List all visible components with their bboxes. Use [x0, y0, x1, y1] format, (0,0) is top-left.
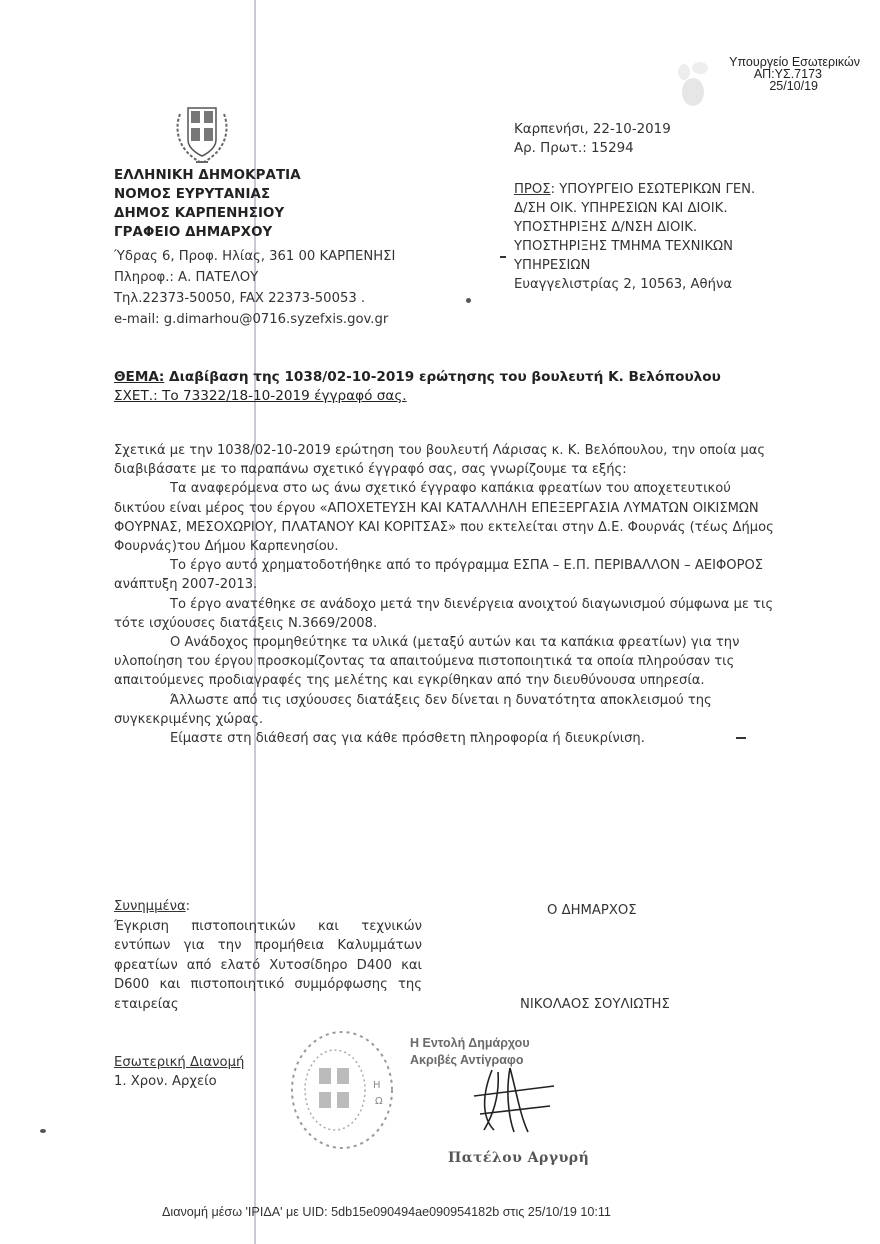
subject-text: Διαβίβαση της 1038/02-10-2019 ερώτησης τ… — [164, 369, 720, 385]
official-seal-icon: Η Ω — [287, 1028, 397, 1152]
subject-label: ΘΕΜΑ: — [114, 369, 164, 385]
copy-stamp-line: Η Εντολή Δημάρχου — [410, 1035, 530, 1052]
address-line: Ύδρας 6, Προφ. Ηλίας, 361 00 ΚΑΡΠΕΝΗΣΙ — [114, 246, 395, 267]
svg-text:Ω: Ω — [375, 1096, 383, 1107]
subject-block: ΘΕΜΑ: Διαβίβαση της 1038/02-10-2019 ερώτ… — [114, 368, 721, 406]
scan-mark — [736, 737, 746, 739]
contact-block: Ύδρας 6, Προφ. Ηλίας, 361 00 ΚΑΡΠΕΝΗΣΙ Π… — [114, 246, 395, 330]
issuer-line: ΓΡΑΦΕΙΟ ΔΗΜΑΡΧΟΥ — [114, 223, 301, 242]
received-stamp: Υπουργείο Εσωτερικών ΑΠ:ΥΣ.7173 25/10/19 — [660, 56, 860, 92]
issuer-line: ΔΗΜΟΣ ΚΑΡΠΕΝΗΣΙΟΥ — [114, 204, 301, 223]
protocol-number: Αρ. Πρωτ.: 15294 — [514, 139, 671, 158]
document-meta: Καρπενήσι, 22-10-2019 Αρ. Πρωτ.: 15294 — [514, 120, 671, 158]
info-line: Πληροφ.: Α. ΠΑΤΕΛΟΥ — [114, 267, 395, 288]
recipient-line: ΥΠΟΣΤΗΡΙΞΗΣ ΤΜΗΜΑ ΤΕΧΝΙΚΩΝ — [514, 237, 804, 256]
recipient-address: Ευαγγελιστρίας 2, 10563, Αθήνα — [514, 275, 804, 294]
received-stamp-date: 25/10/19 — [660, 80, 860, 92]
place-date: Καρπενήσι, 22-10-2019 — [514, 120, 671, 139]
distribution-block: Εσωτερική Διανομή 1. Χρον. Αρχείο — [114, 1053, 244, 1091]
email-line: e-mail: g.dimarhou@0716.syzefxis.gov.gr — [114, 309, 395, 330]
coat-of-arms-icon — [170, 100, 234, 168]
recipient-line: ΥΠΗΡΕΣΙΩΝ — [514, 256, 804, 275]
letter-body: Σχετικά με την 1038/02-10-2019 ερώτηση τ… — [114, 441, 774, 748]
recipient-label: ΠΡΟΣ — [514, 182, 551, 197]
signer-name: ΝΙΚΟΛΑΟΣ ΣΟΥΛΙΩΤΗΣ — [520, 997, 670, 1012]
attachments-text: Έγκριση πιστοποιητικών και τεχνικών εντύ… — [114, 917, 422, 1015]
issuer-block: ΕΛΛΗΝΙΚΗ ΔΗΜΟΚΡΑΤΙΑ ΝΟΜΟΣ ΕΥΡΥΤΑΝΙΑΣ ΔΗΜ… — [114, 166, 301, 242]
scan-mark — [500, 256, 506, 258]
body-paragraph: Το έργο ανατέθηκε σε ανάδοχο μετά την δι… — [114, 595, 774, 633]
handwritten-signature-icon — [470, 1060, 560, 1140]
body-intro: Σχετικά με την 1038/02-10-2019 ερώτηση τ… — [114, 441, 774, 479]
scan-speck — [466, 298, 471, 303]
recipient-line: ΥΠΟΣΤΗΡΙΞΗΣ Δ/ΝΣΗ ΔΙΟΙΚ. — [514, 218, 804, 237]
body-paragraph: Άλλωστε από τις ισχύουσες διατάξεις δεν … — [114, 691, 774, 729]
body-paragraph: Τα αναφερόμενα στο ως άνω σχετικό έγγραφ… — [114, 479, 774, 556]
issuer-line: ΕΛΛΗΝΙΚΗ ΔΗΜΟΚΡΑΤΙΑ — [114, 166, 301, 185]
reference-text: Το 73322/18-10-2019 έγγραφό σας. — [158, 388, 407, 404]
footer-distribution-note: Διανομή μέσω 'ΙΡΙΔΑ' με UID: 5db15e09049… — [162, 1205, 611, 1219]
reference-label: ΣΧΕΤ.: — [114, 388, 158, 404]
scan-speck — [40, 1129, 46, 1133]
body-paragraph: Το έργο αυτό χρηματοδοτήθηκε από το πρόγ… — [114, 556, 774, 594]
received-stamp-number: ΑΠ:ΥΣ.7173 — [660, 68, 860, 80]
attachments-block: Συνημμένα: Έγκριση πιστοποιητικών και τε… — [114, 897, 422, 1014]
copy-certifier-name: Πατέλου Αργυρή — [448, 1150, 589, 1166]
phone-fax-line: Τηλ.22373-50050, FAX 22373-50053 . — [114, 288, 395, 309]
signer-title: Ο ΔΗΜΑΡΧΟΣ — [547, 903, 637, 918]
distribution-label: Εσωτερική Διανομή — [114, 1053, 244, 1072]
issuer-line: ΝΟΜΟΣ ΕΥΡΥΤΑΝΙΑΣ — [114, 185, 301, 204]
body-paragraph: Είμαστε στη διάθεσή σας για κάθε πρόσθετ… — [114, 729, 774, 748]
distribution-item: 1. Χρον. Αρχείο — [114, 1072, 244, 1091]
recipient-line: : ΥΠΟΥΡΓΕΙΟ ΕΣΩΤΕΡΙΚΩΝ ΓΕΝ. — [551, 182, 756, 197]
body-paragraph: Ο Ανάδοχος προμηθεύτηκε τα υλικά (μεταξύ… — [114, 633, 774, 691]
svg-text:Η: Η — [373, 1080, 381, 1091]
recipient-block: ΠΡΟΣ: ΥΠΟΥΡΓΕΙΟ ΕΣΩΤΕΡΙΚΩΝ ΓΕΝ. Δ/ΣΗ ΟΙΚ… — [514, 180, 804, 294]
recipient-line: Δ/ΣΗ ΟΙΚ. ΥΠΗΡΕΣΙΩΝ ΚΑΙ ΔΙΟΙΚ. — [514, 199, 804, 218]
attachments-label: Συνημμένα — [114, 899, 186, 914]
